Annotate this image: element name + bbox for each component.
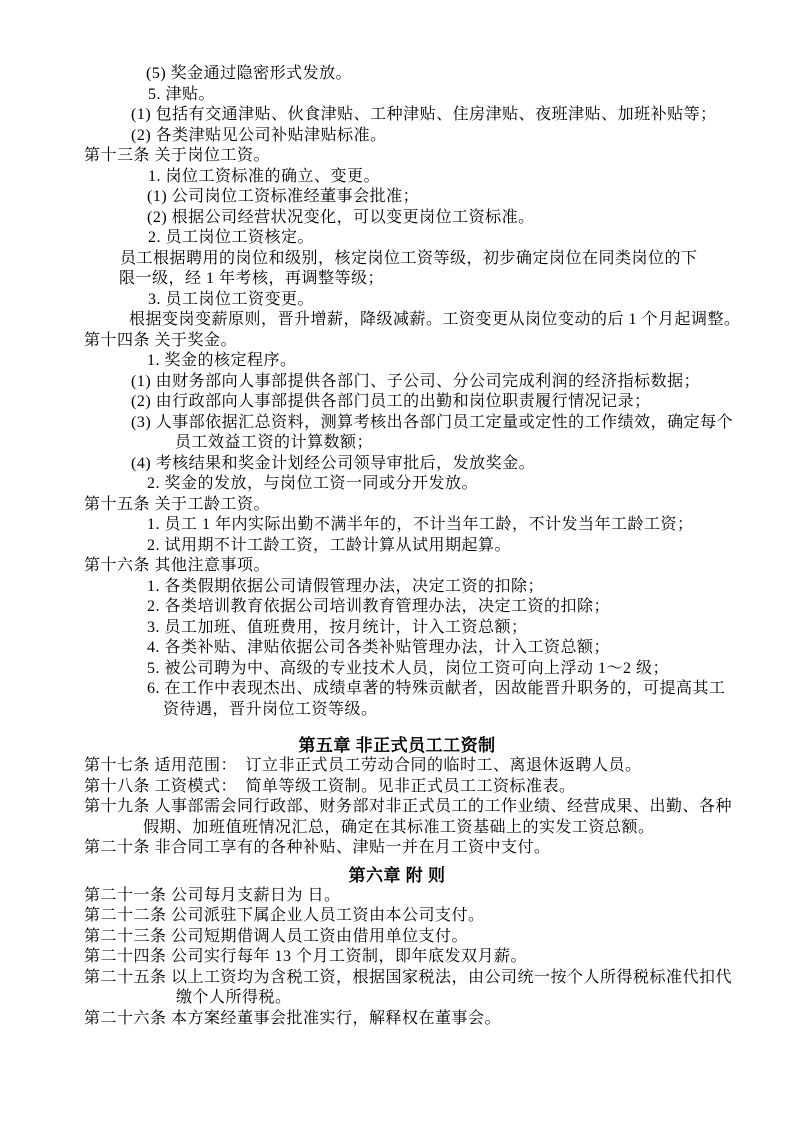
doc-line: 员工根据聘用的岗位和级别，核定岗位工资等级，初步确定岗位在同类岗位的下: [0, 249, 794, 270]
chapter-heading: 第六章 附 则: [0, 865, 794, 886]
doc-line: 第十五条 关于工龄工资。: [0, 495, 794, 516]
doc-line: (1) 由财务部向人事部提供各部门、子公司、分公司完成利润的经济指标数据；: [0, 372, 794, 393]
doc-line: 缴个人所得税。: [0, 988, 794, 1009]
doc-line: 4. 各类补贴、津贴依据公司各类补贴管理办法，计入工资总额；: [0, 638, 794, 659]
doc-line: 第二十三条 公司短期借调人员工资由借用单位支付。: [0, 927, 794, 948]
doc-line: 资待遇，晋升岗位工资等级。: [0, 700, 794, 721]
doc-line: 1. 岗位工资标准的确立、变更。: [0, 167, 794, 188]
doc-line: 第二十条 非合同工享有的各种补贴、津贴一并在月工资中支付。: [0, 838, 794, 859]
doc-line: (4) 考核结果和奖金计划经公司领导审批后，发放奖金。: [0, 454, 794, 475]
doc-line: (3) 人事部依据汇总资料，测算考核出各部门员工定量或定性的工作绩效，确定每个: [0, 413, 794, 434]
doc-line: (1) 公司岗位工资标准经董事会批准；: [0, 187, 794, 208]
doc-line: 第十三条 关于岗位工资。: [0, 146, 794, 167]
document-content: (5) 奖金通过隐密形式发放。5. 津贴。(1) 包括有交通津贴、伙食津贴、工种…: [0, 64, 794, 1029]
doc-line: 第十六条 其他注意事项。: [0, 556, 794, 577]
doc-line: 假期、加班值班情况汇总，确定在其标准工资基础上的实发工资总额。: [0, 818, 794, 839]
doc-line: 1. 奖金的核定程序。: [0, 351, 794, 372]
doc-line: 第十九条 人事部需会同行政部、财务部对非正式员工的工作业绩、经营成果、出勤、各种: [0, 797, 794, 818]
doc-line: (1) 包括有交通津贴、伙食津贴、工种津贴、住房津贴、夜班津贴、加班补贴等；: [0, 105, 794, 126]
doc-line: 第二十一条 公司每月支薪日为 日。: [0, 886, 794, 907]
doc-line: 第二十二条 公司派驻下属企业人员工资由本公司支付。: [0, 906, 794, 927]
doc-line: 第二十四条 公司实行每年 13 个月工资制，即年底发双月薪。: [0, 947, 794, 968]
doc-line: (5) 奖金通过隐密形式发放。: [0, 64, 794, 85]
doc-line: 第十四条 关于奖金。: [0, 331, 794, 352]
doc-line: 6. 在工作中表现杰出、成绩卓著的特殊贡献者，因故能晋升职务的，可提高其工: [0, 679, 794, 700]
doc-line: 根据变岗变薪原则，晋升增薪，降级减薪。工资变更从岗位变动的后 1 个月起调整。: [0, 310, 794, 331]
doc-line: 2. 员工岗位工资核定。: [0, 228, 794, 249]
doc-line: 员工效益工资的计算数额；: [0, 433, 794, 454]
doc-line: (2) 各类津贴见公司补贴津贴标准。: [0, 126, 794, 147]
doc-line: 2. 奖金的发放，与岗位工资一同或分开发放。: [0, 474, 794, 495]
doc-line: 第十八条 工资模式： 简单等级工资制。见非正式员工工资标准表。: [0, 777, 794, 798]
doc-line: 2. 各类培训教育依据公司培训教育管理办法，决定工资的扣除；: [0, 597, 794, 618]
doc-line: 1. 各类假期依据公司请假管理办法，决定工资的扣除；: [0, 577, 794, 598]
doc-line: 5. 被公司聘为中、高级的专业技术人员，岗位工资可向上浮动 1～2 级；: [0, 659, 794, 680]
chapter-heading: 第五章 非正式员工工资制: [0, 735, 794, 756]
document-page: (5) 奖金通过隐密形式发放。5. 津贴。(1) 包括有交通津贴、伙食津贴、工种…: [0, 0, 794, 1123]
doc-line: 2. 试用期不计工龄工资，工龄计算从试用期起算。: [0, 536, 794, 557]
doc-line: (2) 由行政部向人事部提供各部门员工的出勤和岗位职责履行情况记录；: [0, 392, 794, 413]
doc-line: (2) 根据公司经营状况变化，可以变更岗位工资标准。: [0, 208, 794, 229]
doc-line: 第二十五条 以上工资均为含税工资，根据国家税法，由公司统一按个人所得税标准代扣代: [0, 968, 794, 989]
doc-line: 第十七条 适用范围： 订立非正式员工劳动合同的临时工、离退休返聘人员。: [0, 756, 794, 777]
doc-line: 第二十六条 本方案经董事会批准实行，解释权在董事会。: [0, 1009, 794, 1030]
doc-line: 1. 员工 1 年内实际出勤不满半年的，不计当年工龄，不计发当年工龄工资；: [0, 515, 794, 536]
doc-line: 限一级，经 1 年考核，再调整等级；: [0, 269, 794, 290]
doc-line: 3. 员工岗位工资变更。: [0, 290, 794, 311]
doc-line: 5. 津贴。: [0, 85, 794, 106]
doc-line: 3. 员工加班、值班费用，按月统计，计入工资总额；: [0, 618, 794, 639]
